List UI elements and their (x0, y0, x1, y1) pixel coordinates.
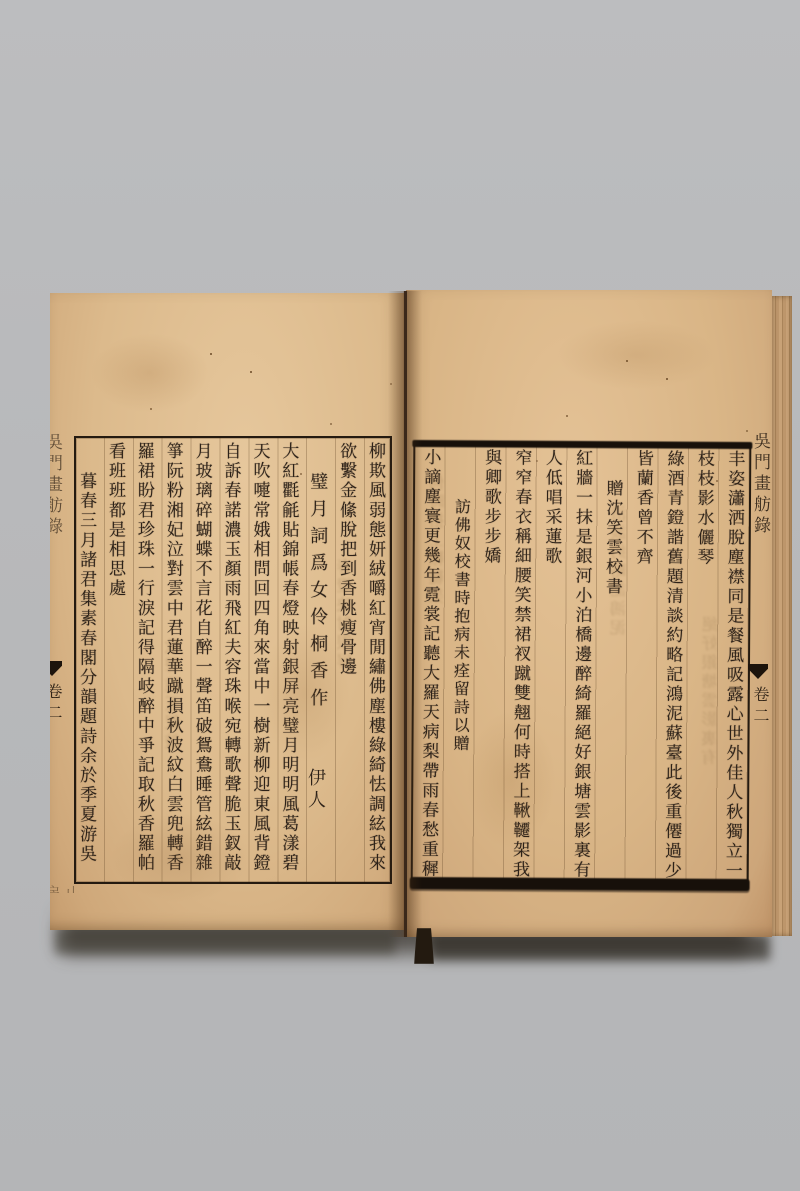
text-column: 大紅氍毹貼錦帳春燈映射銀屏亮璧月明明風葛漾碧 (272, 442, 301, 878)
showthrough-column: 何時搭上鞦韆架 (425, 474, 449, 607)
foxing-specks (210, 353, 212, 355)
page-bottom-shadow-right (430, 934, 770, 960)
text-column: 柳欺風弱態妍絨嚼紅宵閒繡佛塵樓綠綺怯調絃我來 (359, 442, 388, 878)
page-stack-edge (772, 296, 792, 936)
text-column: 看班班都是相思處 (99, 442, 128, 878)
gutter-crease (404, 291, 407, 937)
text-column: 人低唱采蓮歌 (532, 449, 565, 881)
left-page: 春燈映射銀屏 歌聲脆玉釵敲 柳欺風弱態妍絨嚼紅宵閒繡佛塵樓綠綺怯調絃我來 欲繫金… (50, 293, 404, 930)
left-text-block: 春燈映射銀屏 歌聲脆玉釵敲 柳欺風弱態妍絨嚼紅宵閒繡佛塵樓綠綺怯調絃我來 欲繫金… (74, 436, 392, 884)
right-page: 清談約略記鴻泥 絕好銀塘雲影裏有 何時搭上鞦韆架 丰姿瀟洒脫塵襟同是餐風吸露心世… (406, 290, 772, 937)
text-column-note: 暮春三月諸君集素春閣分韻題詩余於季夏游吳 (70, 442, 99, 878)
fishtail-icon (50, 661, 62, 676)
text-column: 綠酒青鐙諧舊題清談約略記鴻泥蘇臺此後重僊過少 (654, 449, 687, 881)
text-column: 窄窄春衣稱細腰笑禁裙衩蹴雙翹何時搭上鞦韆架我 (502, 449, 535, 881)
border-ink-smear-bottom (410, 877, 750, 891)
fishtail-icon (748, 664, 768, 679)
fold-margin-right: 吳門畫舫錄 卷二 紅樹山房 (746, 432, 772, 900)
running-title: 吳門畫舫錄 (748, 432, 772, 537)
showthrough-column: 歌聲脆玉釵敲 (162, 638, 185, 752)
text-column-poem-title: 璧月詞爲女伶桐香作 (301, 442, 330, 878)
fold-margin-left: 吳門畫舫錄 卷二 紅樹山房 (50, 433, 74, 893)
stain (90, 333, 210, 413)
text-column: 紅牆一抹是銀河小泊橋邊醉綺羅絕好銀塘雲影裏有 (562, 449, 595, 881)
showthrough-column: 清談約略記鴻泥 (607, 505, 631, 638)
text-column: 自訴春諾濃玉顏雨飛紅夫容珠喉宛轉歌聲脆玉釵敲 (215, 442, 244, 878)
text-column: 月玻璃碎蝴蝶不言花自醉一聲笛破鴛鴦睡管絃錯雜 (186, 442, 215, 878)
volume-label: 卷二 (749, 686, 772, 728)
right-columns: 丰姿瀟洒脫塵襟同是餐風吸露心世外佳人秋獨立一 枝枝影水儷琴 綠酒青鐙諧舊題清談約… (415, 448, 748, 882)
spine-wedge (414, 928, 434, 964)
text-column: 羅裙盼君珍珠一行淚記得隔岐醉中爭記取秋香羅帕 (128, 442, 157, 878)
colophon: 紅樹山房 (50, 885, 74, 893)
running-title: 吳門畫舫錄 (50, 433, 65, 538)
showthrough-column: 春燈映射銀屏 (334, 558, 357, 672)
author-attribution: 伊人 (302, 768, 328, 812)
photo-background: 春燈映射銀屏 歌聲脆玉釵敲 柳欺風弱態妍絨嚼紅宵閒繡佛塵樓綠綺怯調絃我來 欲繫金… (0, 0, 800, 1191)
stain (556, 320, 716, 390)
text-column: 天吹嚏常娥相問回四角來當中一樹新柳迎東風背鐙 (244, 442, 273, 878)
right-text-block: 清談約略記鴻泥 絕好銀塘雲影裏有 何時搭上鞦韆架 丰姿瀟洒脫塵襟同是餐風吸露心世… (411, 442, 752, 888)
text-column: 與卿歌步步嬌 (471, 448, 504, 880)
foxing-specks (626, 360, 628, 362)
volume-label: 卷二 (50, 683, 65, 725)
showthrough-column: 絕好銀塘雲影裏有 (698, 616, 722, 768)
page-bottom-shadow-left (55, 928, 395, 954)
